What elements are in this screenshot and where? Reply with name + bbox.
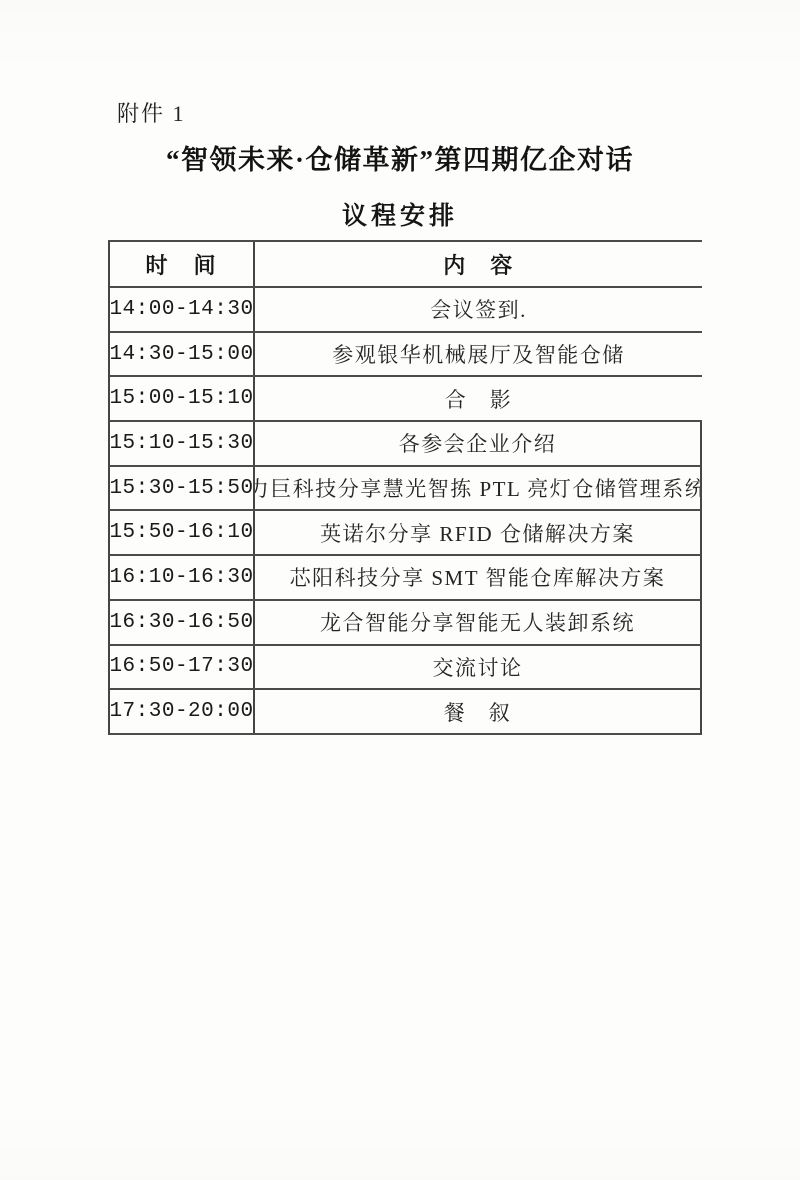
document-title: “智领未来·仓储革新”第四期亿企对话 [0, 138, 800, 177]
agenda-table-body: 14:00-14:30 会议签到. 14:30-15:00 参观银华机械展厅及智… [110, 288, 702, 735]
column-header-time: 时 间 [110, 242, 255, 286]
agenda-heading: 议程安排 [0, 196, 800, 232]
table-row: 15:00-15:10 合 影 [110, 377, 702, 422]
table-header-row: 时 间 内 容 [110, 242, 702, 288]
document-page: 附件 1 “智领未来·仓储革新”第四期亿企对话 议程安排 时 间 内 容 14:… [0, 0, 800, 1180]
scan-page: { "page": { "attachment_label": "附件 1", … [0, 0, 800, 1180]
table-row: 16:10-16:30 芯阳科技分享 SMT 智能仓库解决方案 [110, 556, 702, 601]
time-cell: 16:30-16:50 [110, 601, 255, 644]
content-cell: 交流讨论 [255, 646, 700, 689]
table-row: 14:00-14:30 会议签到. [110, 288, 702, 333]
content-cell: 英诺尔分享 RFID 仓储解决方案 [255, 511, 700, 554]
table-row: 14:30-15:00 参观银华机械展厅及智能仓储 [110, 333, 702, 378]
attachment-label: 附件 1 [117, 97, 186, 128]
content-cell: 会议签到. [255, 288, 702, 331]
table-row: 15:10-15:30 各参会企业介绍 [110, 422, 702, 467]
time-cell: 14:00-14:30 [110, 288, 255, 331]
table-row: 16:30-16:50 龙合智能分享智能无人装卸系统 [110, 601, 702, 646]
time-cell: 15:30-15:50 [110, 467, 255, 510]
content-cell: 力巨科技分享慧光智拣 PTL 亮灯仓储管理系统 [255, 467, 700, 510]
agenda-table: 时 间 内 容 14:00-14:30 会议签到. 14:30-15:00 参观… [108, 240, 702, 735]
time-cell: 17:30-20:00 [110, 690, 255, 733]
time-cell: 16:10-16:30 [110, 556, 255, 599]
table-row: 15:50-16:10 英诺尔分享 RFID 仓储解决方案 [110, 511, 702, 556]
time-cell: 15:50-16:10 [110, 511, 255, 554]
content-cell: 龙合智能分享智能无人装卸系统 [255, 601, 700, 644]
content-cell: 各参会企业介绍 [255, 422, 700, 465]
table-row: 16:50-17:30 交流讨论 [110, 646, 702, 691]
content-cell: 参观银华机械展厅及智能仓储 [255, 333, 702, 376]
content-cell: 合 影 [255, 377, 702, 420]
time-cell: 14:30-15:00 [110, 333, 255, 376]
time-cell: 16:50-17:30 [110, 646, 255, 689]
content-cell: 芯阳科技分享 SMT 智能仓库解决方案 [255, 556, 700, 599]
time-cell: 15:10-15:30 [110, 422, 255, 465]
content-cell: 餐 叙 [255, 690, 700, 733]
table-row: 15:30-15:50 力巨科技分享慧光智拣 PTL 亮灯仓储管理系统 [110, 467, 702, 512]
table-row: 17:30-20:00 餐 叙 [110, 690, 702, 735]
time-cell: 15:00-15:10 [110, 377, 255, 420]
column-header-content: 内 容 [255, 242, 702, 286]
